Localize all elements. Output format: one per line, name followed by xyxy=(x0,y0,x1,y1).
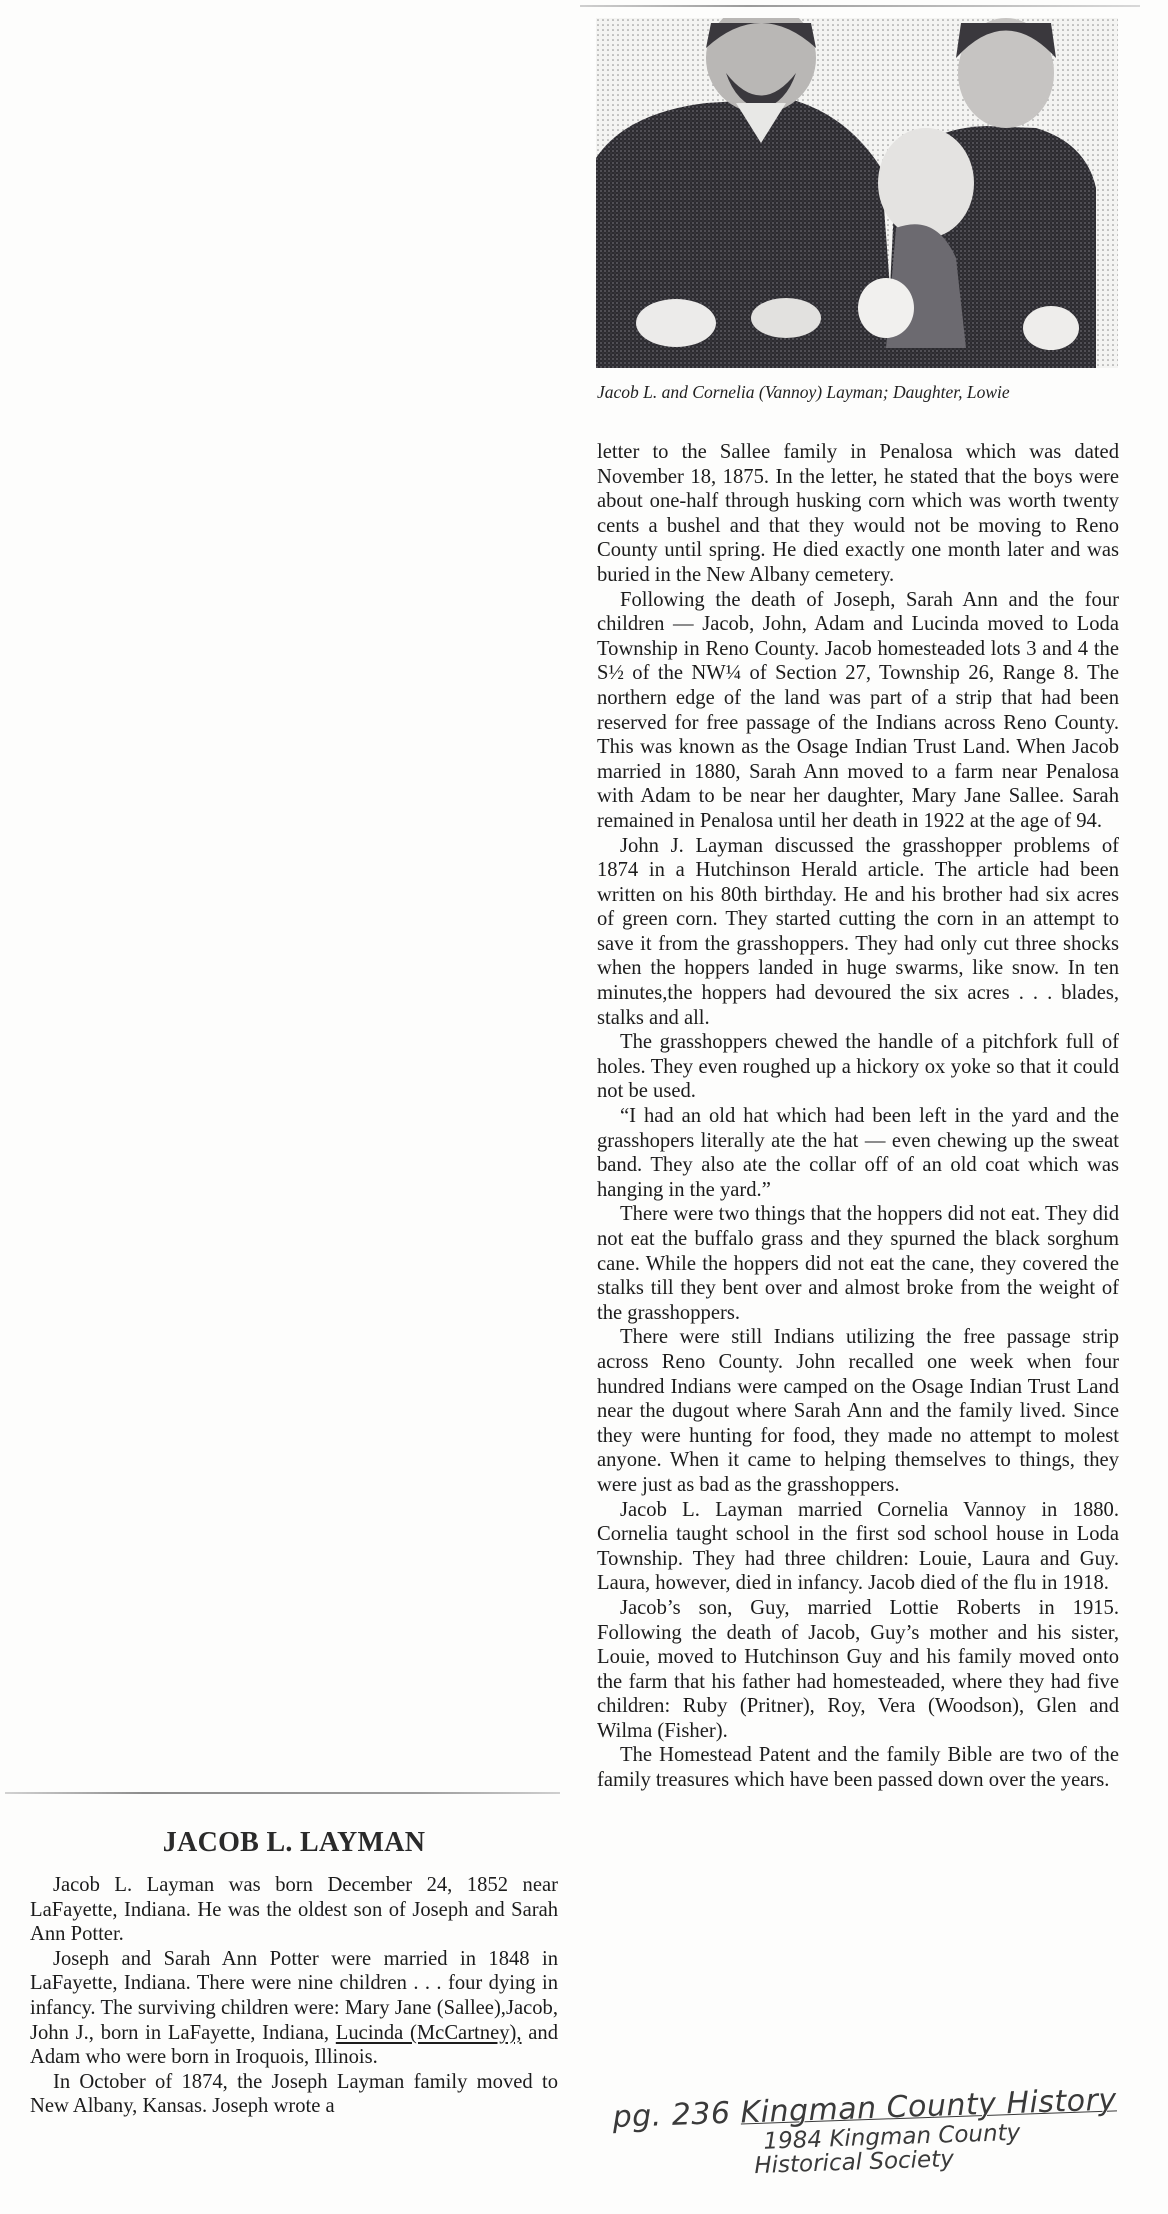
handwritten-source-note: pg. 236 Kingman County History 1984 King… xyxy=(612,2081,1155,2183)
paragraph: Following the death of Joseph, Sarah Ann… xyxy=(597,588,1119,834)
paragraph: There were still Indians utilizing the f… xyxy=(597,1325,1119,1497)
paragraph: letter to the Sallee family in Penalosa … xyxy=(597,440,1119,588)
paragraph: Jacob L. Layman married Cornelia Vannoy … xyxy=(597,1498,1119,1596)
photo-caption: Jacob L. and Cornelia (Vannoy) Layman; D… xyxy=(597,383,1119,402)
article-title: JACOB L. LAYMAN xyxy=(30,1827,558,1859)
page-reference: pg. 236 xyxy=(612,2096,731,2135)
section-divider-rule xyxy=(5,1792,560,1794)
paragraph: “I had an old hat which had been left in… xyxy=(597,1104,1119,1202)
article-right-column: letter to the Sallee family in Penalosa … xyxy=(597,440,1119,1793)
paragraph: Joseph and Sarah Ann Potter were married… xyxy=(30,1947,558,2070)
paragraph: The grasshoppers chewed the handle of a … xyxy=(597,1030,1119,1104)
article-left-column: Jacob L. Layman was born December 24, 18… xyxy=(30,1873,558,2119)
paragraph: John J. Layman discussed the grasshopper… xyxy=(597,834,1119,1031)
paragraph: Jacob L. Layman was born December 24, 18… xyxy=(30,1873,558,1947)
paragraph: The Homestead Patent and the family Bibl… xyxy=(597,1743,1119,1792)
paragraph: Jacob’s son, Guy, married Lottie Roberts… xyxy=(597,1596,1119,1744)
family-portrait-photo xyxy=(596,18,1118,368)
top-rule-divider xyxy=(580,5,1140,7)
portrait-image-icon xyxy=(596,18,1118,368)
paragraph: In October of 1874, the Joseph Layman fa… xyxy=(30,2070,558,2119)
paragraph: There were two things that the hoppers d… xyxy=(597,1202,1119,1325)
underlined-name: Lucinda (McCartney), xyxy=(336,2022,522,2044)
